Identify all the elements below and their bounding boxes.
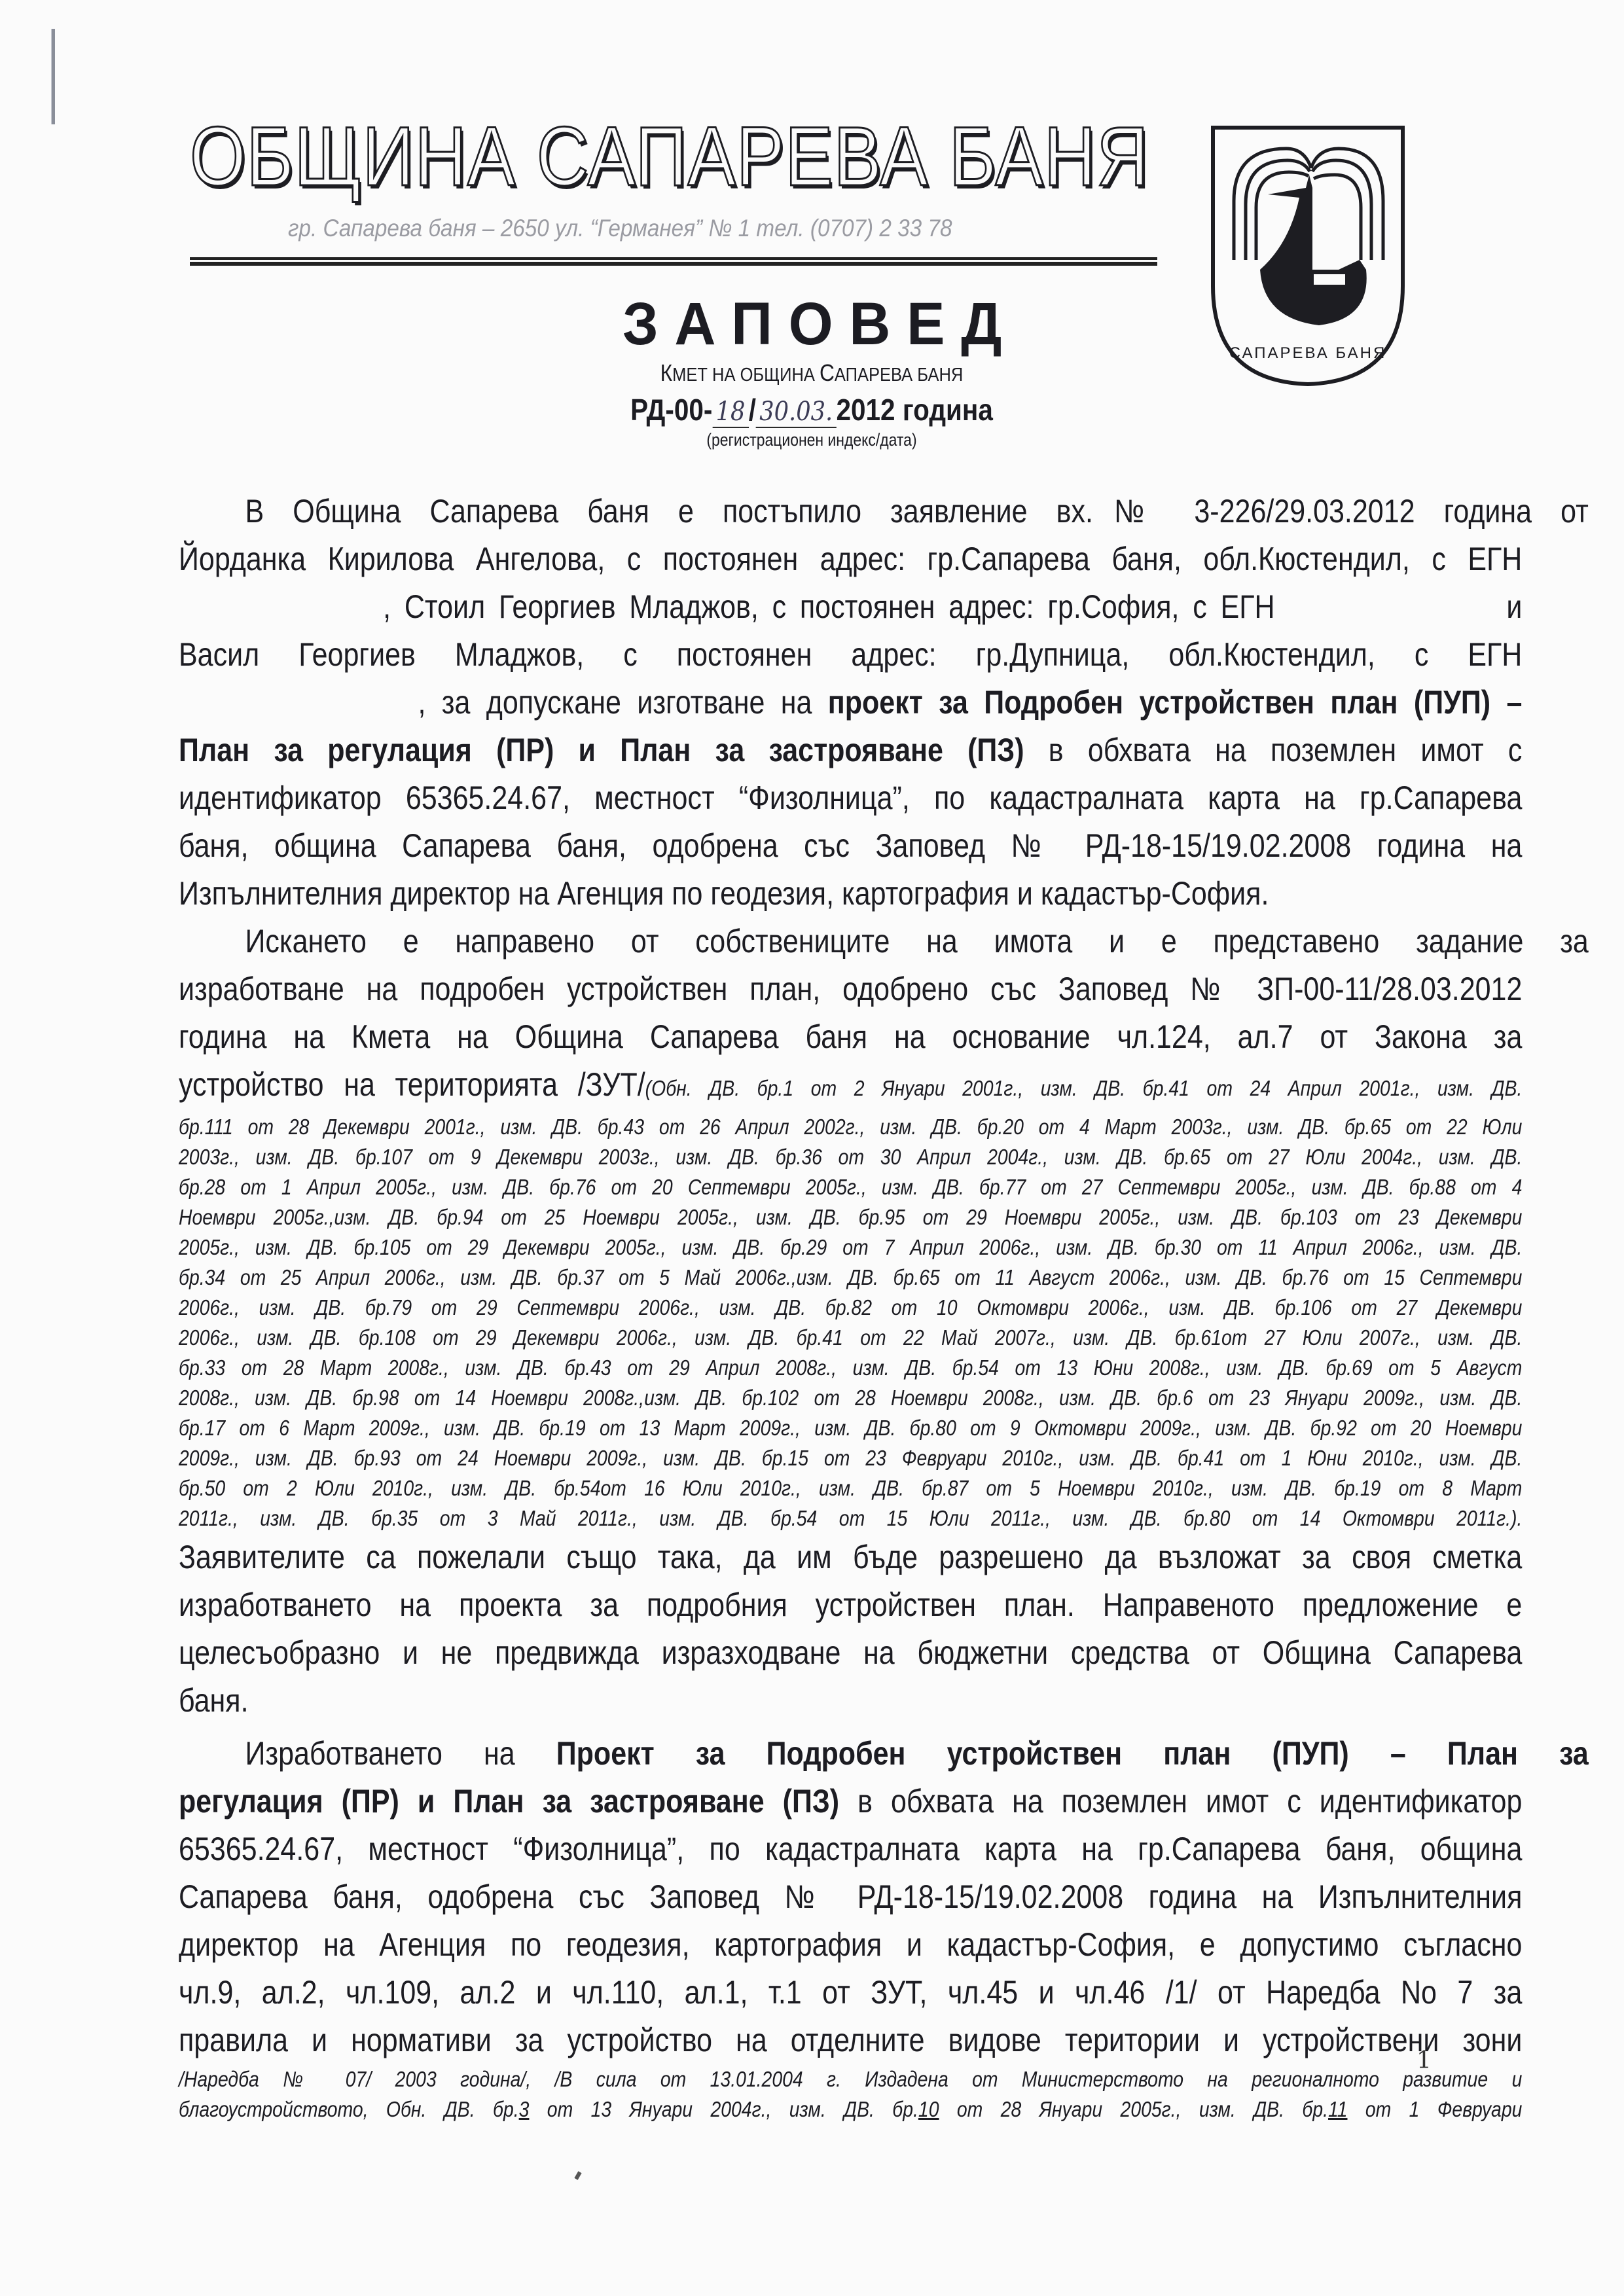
amendment-line: бр.50 от 2 Юли 2010г., изм. ДВ. бр.54от … xyxy=(179,1473,1522,1503)
issuer-line: КМЕТ НА ОБЩИНА САПАРЕВА БАНЯ xyxy=(593,359,1031,387)
page-number: 1 xyxy=(1416,2047,1432,2074)
document-body: В Община Сапарева баня е постъпило заявл… xyxy=(179,488,1522,2125)
paragraph-application: В Община Сапарева баня е постъпило заявл… xyxy=(179,488,1522,918)
handwritten-reg-date: 30.03. xyxy=(756,397,837,428)
amendment-line: бр.33 от 28 Март 2008г., изм. ДВ. бр.43 … xyxy=(179,1353,1522,1383)
amendment-line: бр.34 от 25 Април 2006г., изм. ДВ. бр.37… xyxy=(179,1263,1522,1293)
amendment-line: Ноември 2005г.,изм. ДВ. бр.94 от 25 Ноем… xyxy=(179,1202,1522,1232)
amendment-line: 2005г., изм. ДВ. бр.105 от 29 Декември 2… xyxy=(179,1232,1522,1263)
amendment-line: 2009г., изм. ДВ. бр.93 от 24 Ноември 200… xyxy=(179,1443,1522,1473)
amendment-line: 2003г., изм. ДВ. бр.107 от 9 Декември 20… xyxy=(179,1142,1522,1172)
paragraph-admissibility: Изработването на Проект за Подробен устр… xyxy=(179,1730,1522,2064)
letterhead: ОБЩИНА САПАРЕВА БАНЯ гр. Сапарева баня –… xyxy=(190,111,1159,242)
fountain-crest-icon: САПАРЕВА БАНЯ xyxy=(1208,122,1407,387)
letterhead-rule-thin xyxy=(190,257,1157,260)
paragraph-applicants-request: Заявителите са пожелали също така, да им… xyxy=(179,1534,1522,1725)
amendment-line: 2006г., изм. ДВ. бр.108 от 29 Декември 2… xyxy=(179,1323,1522,1353)
letterhead-rule-thick xyxy=(190,262,1157,266)
scan-speck xyxy=(574,2171,581,2179)
order-title: ЗАПОВЕД xyxy=(592,291,1048,357)
amendment-line: бр.28 от 1 Април 2005г., изм. ДВ. бр.76 … xyxy=(179,1172,1522,1202)
amendments-list: бр.111 от 28 Декември 2001г., изм. ДВ. б… xyxy=(179,1112,1522,1534)
paragraph-request: Искането е направено от собствениците на… xyxy=(179,918,1522,1112)
municipality-name: ОБЩИНА САПАРЕВА БАНЯ xyxy=(190,111,1023,203)
crest-text: САПАРЕВА БАНЯ xyxy=(1229,344,1387,362)
staple-mark xyxy=(51,29,55,124)
amendment-line: 2011г., изм. ДВ. бр.35 от 3 Май 2011г., … xyxy=(179,1503,1522,1534)
amendment-line: бр.17 от 6 Март 2009г., изм. ДВ. бр.19 о… xyxy=(179,1413,1522,1443)
registration-line: РД-00-18/30.03.2012 година xyxy=(593,392,1031,427)
order-title-block: ЗАПОВЕД КМЕТ НА ОБЩИНА САПАРЕВА БАНЯ РД-… xyxy=(563,291,1060,450)
registration-caption: (регистрационен индекс/дата) xyxy=(600,430,1023,450)
handwritten-reg-number: 18 xyxy=(712,397,748,428)
amendment-line: бр.111 от 28 Декември 2001г., изм. ДВ. б… xyxy=(179,1112,1522,1142)
amendment-line: 2008г., изм. ДВ. бр.98 от 14 Ноември 200… xyxy=(179,1383,1522,1413)
amendment-line: 2006г., изм. ДВ. бр.79 от 29 Септември 2… xyxy=(179,1293,1522,1323)
regulation-reference: /Наредба № 07/ 2003 година/, /В сила от … xyxy=(179,2064,1522,2125)
municipality-address: гр. Сапарева баня – 2650 ул. “Германея” … xyxy=(288,215,1072,242)
